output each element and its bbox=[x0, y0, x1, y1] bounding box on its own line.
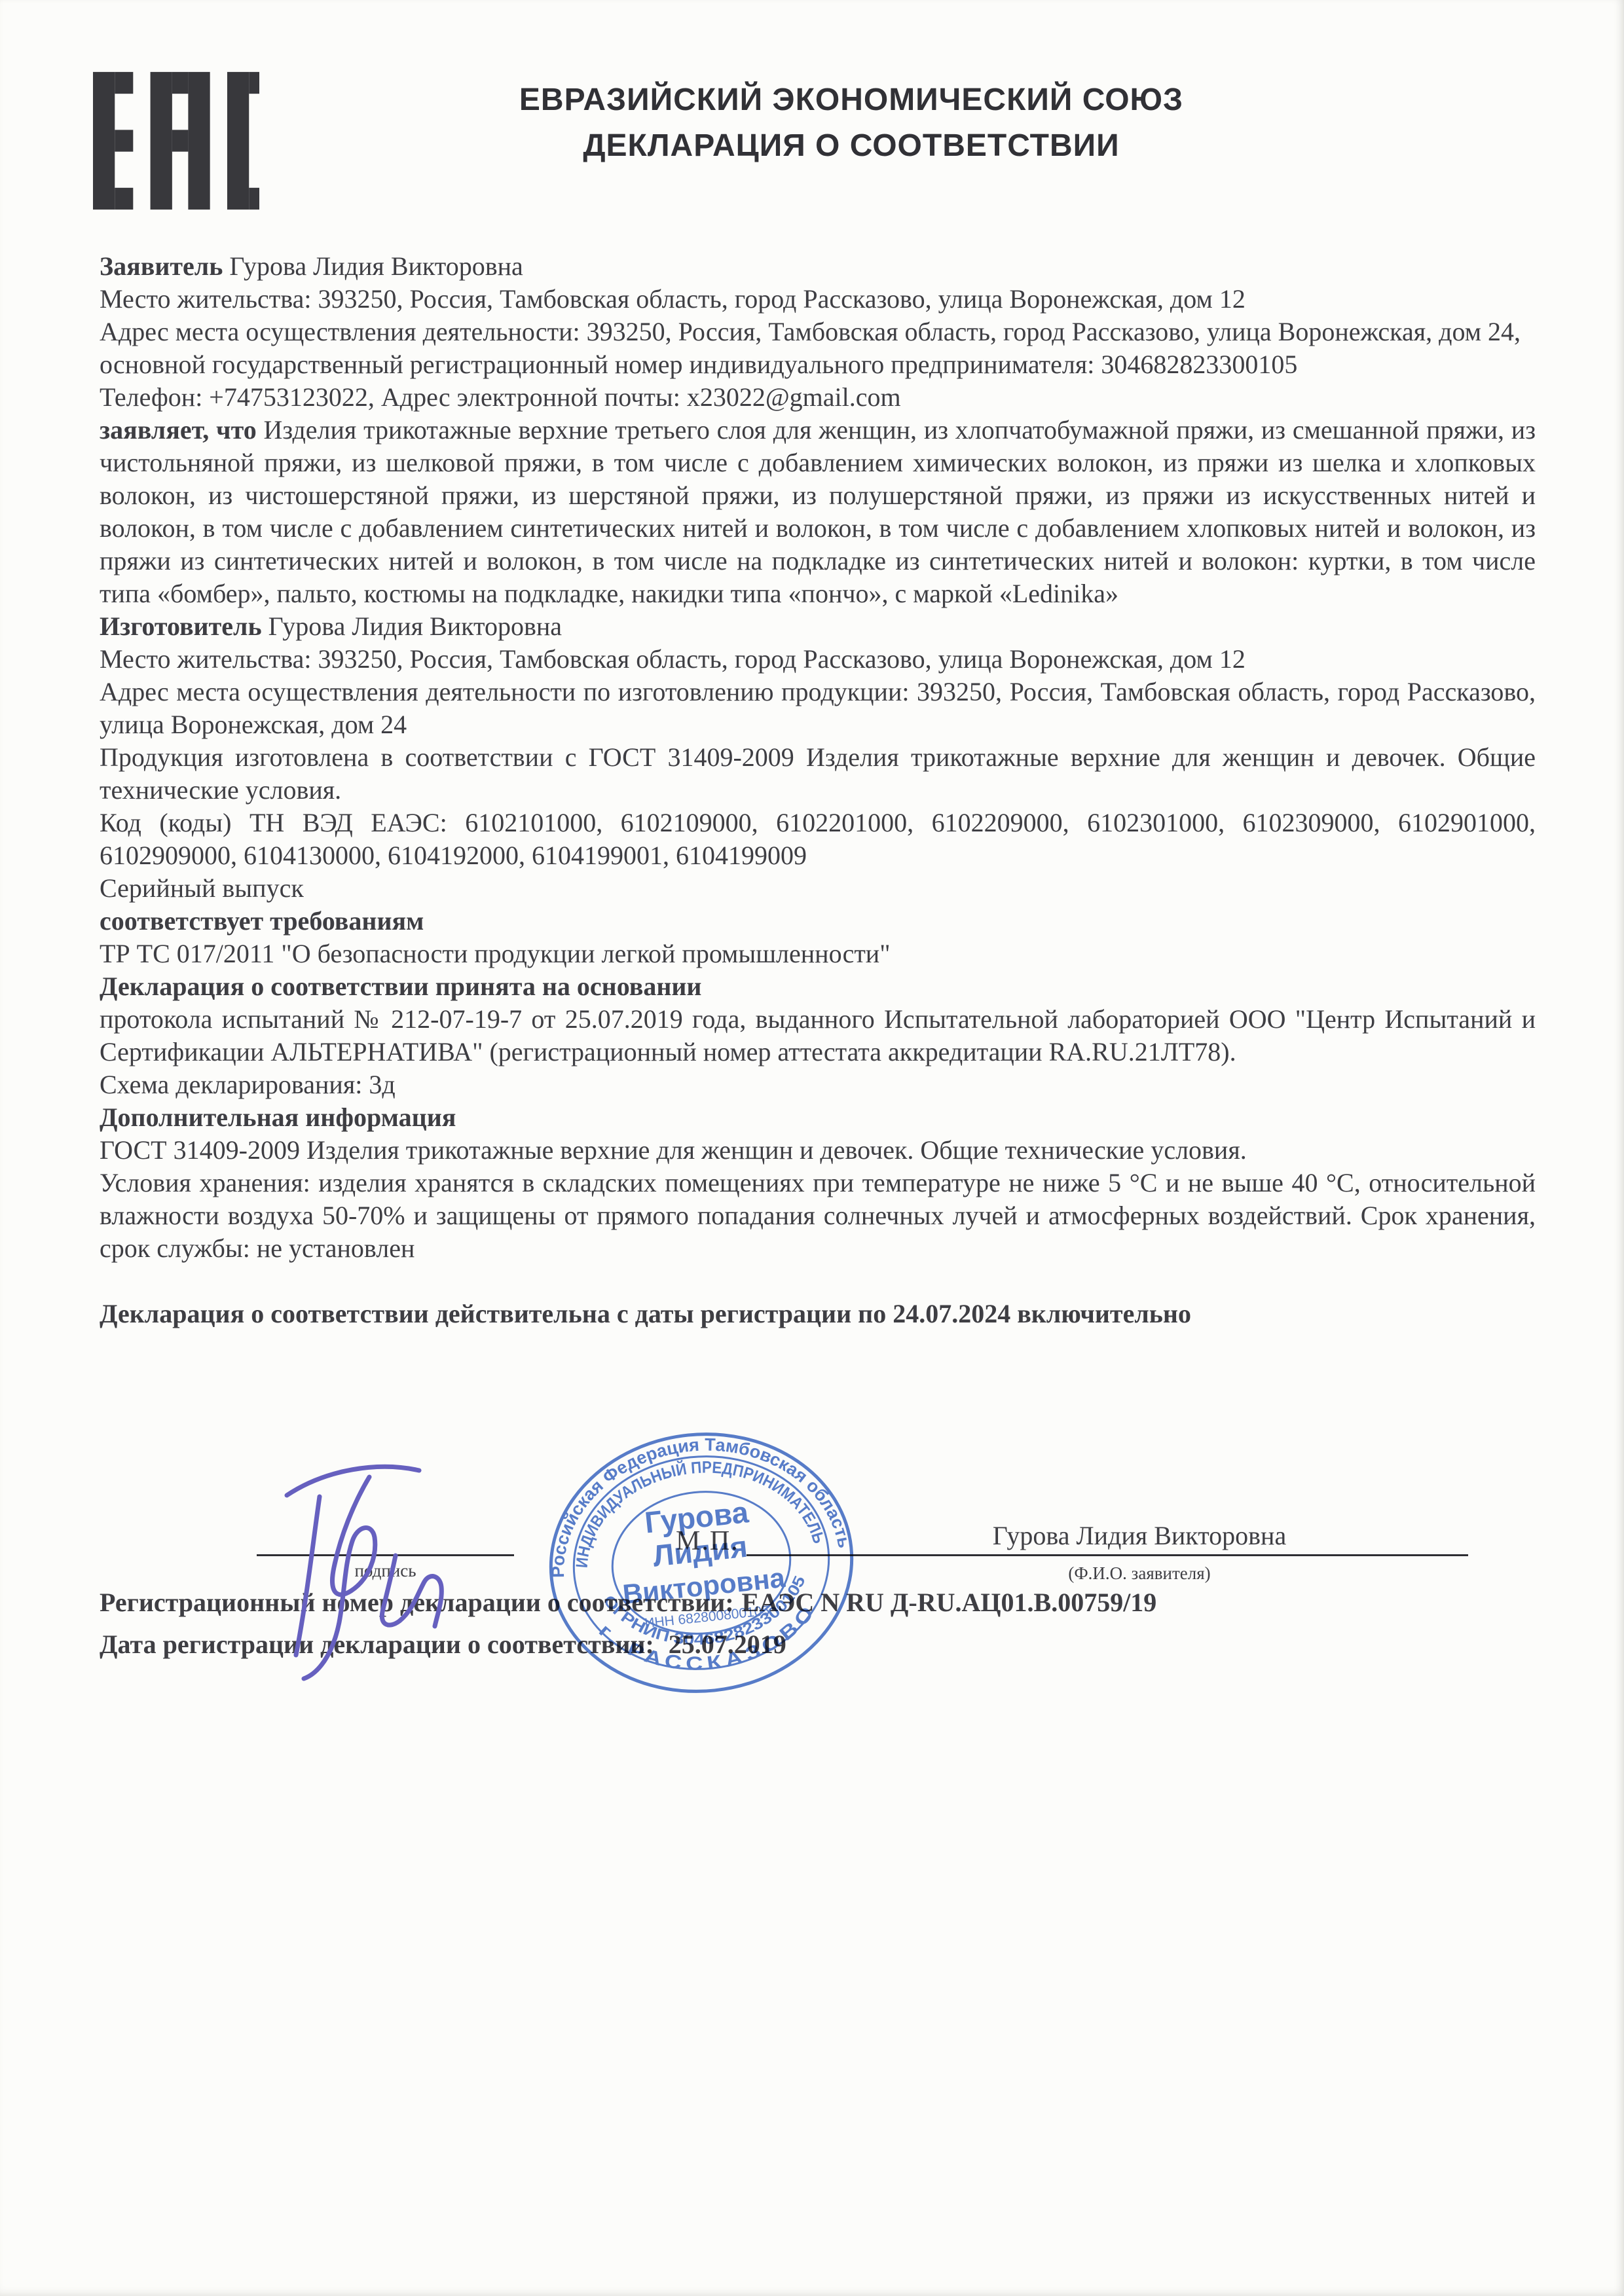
validity-statement: Декларация о соответствии действительна … bbox=[100, 1298, 1536, 1330]
paragraph: Код (коды) ТН ВЭД ЕАЭС: 6102101000, 6102… bbox=[100, 807, 1536, 872]
stamp-center-line3: Викторовна bbox=[621, 1562, 787, 1610]
paragraph: Заявитель Гурова Лидия Викторовна bbox=[100, 250, 1536, 283]
paragraph: Место жительства: 393250, Россия, Тамбов… bbox=[100, 643, 1536, 676]
paragraph: заявляет, что Изделия трикотажные верхни… bbox=[100, 414, 1536, 610]
applicant-name: Гурова Лидия Викторовна bbox=[812, 1520, 1467, 1551]
paragraph: Дополнительная информация bbox=[100, 1101, 1536, 1134]
title-declaration: ДЕКЛАРАЦИЯ О СООТВЕТСТВИИ bbox=[406, 123, 1297, 169]
paragraph: протокола испытаний № 212-07-19-7 от 25.… bbox=[100, 1003, 1536, 1068]
paragraph-lead: Заявитель bbox=[100, 251, 223, 281]
paragraph: Телефон: +74753123022, Адрес электронной… bbox=[100, 381, 1536, 414]
document-title: ЕВРАЗИЙСКИЙ ЭКОНОМИЧЕСКИЙ СОЮЗ ДЕКЛАРАЦИ… bbox=[406, 77, 1297, 169]
paragraph: Серийный выпуск bbox=[100, 872, 1536, 905]
paragraph: Место жительства: 393250, Россия, Тамбов… bbox=[100, 283, 1536, 316]
paragraph: основной государственный регистрационный… bbox=[100, 348, 1536, 381]
paragraph: ТР ТС 017/2011 "О безопасности продукции… bbox=[100, 938, 1536, 970]
paragraph: Декларация о соответствии принята на осн… bbox=[100, 970, 1536, 1003]
paragraph: Адрес места осуществления деятельности: … bbox=[100, 316, 1536, 348]
round-stamp: Российская Федерация Тамбовская область … bbox=[530, 1412, 873, 1714]
title-union: ЕВРАЗИЙСКИЙ ЭКОНОМИЧЕСКИЙ СОЮЗ bbox=[406, 77, 1297, 123]
paragraph-lead: Изготовитель bbox=[100, 611, 262, 641]
paragraph: соответствует требованиям bbox=[100, 905, 1536, 938]
paragraph: ГОСТ 31409-2009 Изделия трикотажные верх… bbox=[100, 1134, 1536, 1167]
fio-caption: (Ф.И.О. заявителя) bbox=[812, 1563, 1467, 1584]
handwritten-signature bbox=[241, 1457, 529, 1686]
eac-logo bbox=[93, 63, 259, 219]
document-body: Заявитель Гурова Лидия ВикторовнаМесто ж… bbox=[100, 250, 1536, 1330]
paragraph-lead: заявляет, что bbox=[100, 415, 257, 445]
paragraph: Адрес места осуществления деятельности п… bbox=[100, 676, 1536, 741]
paragraph: Схема декларирования: 3д bbox=[100, 1068, 1536, 1101]
declaration-document: ЕВРАЗИЙСКИЙ ЭКОНОМИЧЕСКИЙ СОЮЗ ДЕКЛАРАЦИ… bbox=[0, 0, 1624, 2296]
paragraph: Продукция изготовлена в соответствии с Г… bbox=[100, 741, 1536, 807]
paragraph: Изготовитель Гурова Лидия Викторовна bbox=[100, 610, 1536, 643]
paragraph: Условия хранения: изделия хранятся в скл… bbox=[100, 1167, 1536, 1265]
paragraphs: Заявитель Гурова Лидия ВикторовнаМесто ж… bbox=[100, 250, 1536, 1265]
